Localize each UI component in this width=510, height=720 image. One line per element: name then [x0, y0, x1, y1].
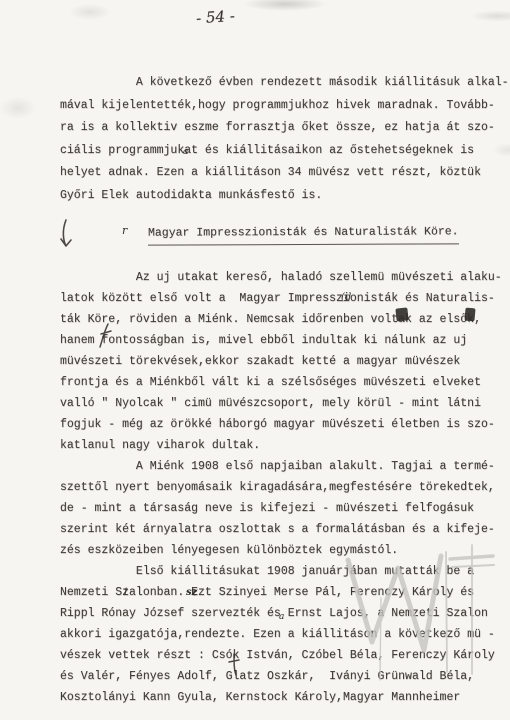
section-heading: Magyar Impresszionisták és Naturalisták …: [148, 225, 459, 245]
handwritten-insertion-sz: sz: [186, 588, 197, 598]
paragraph-first: A következő évben rendezett második kiál…: [60, 72, 509, 207]
ink-strikeout-blob-1: [395, 307, 408, 321]
document-page: - 54 - A következő évben rendezett másod…: [0, 0, 510, 720]
ink-strikeout-blob-2: [464, 308, 475, 322]
margin-arrow-icon: [61, 220, 71, 246]
handwritten-insertion-d: (d: [341, 293, 351, 303]
handwritten-insertion-a-second: a: [279, 612, 284, 622]
handwritten-insertion-i: i: [124, 588, 127, 598]
page-number: - 54 -: [195, 7, 235, 28]
body-text: Az uj utakat kereső, haladó szellemü müv…: [60, 267, 502, 708]
handwritten-margin-tick: r: [122, 226, 127, 236]
handwritten-insertion-a-first: a: [183, 147, 188, 157]
